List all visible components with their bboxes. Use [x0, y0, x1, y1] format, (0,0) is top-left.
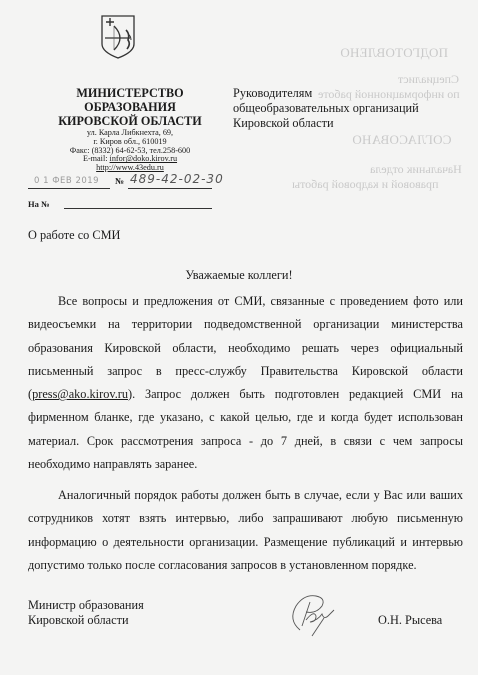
- date-stamp: 0 1 ФЕВ 2019: [34, 176, 99, 186]
- letter-subject: О работе со СМИ: [28, 228, 120, 243]
- bleed-through-text: СОГЛАСОВАНО: [352, 132, 452, 148]
- addressee-line: общеобразовательных организаций: [233, 101, 419, 116]
- paragraph-text: Все вопросы и предложения от СМИ, связан…: [28, 294, 463, 401]
- email-label: E-mail:: [83, 154, 110, 163]
- bleed-through-text: Специалист: [398, 72, 459, 87]
- ministry-line: МИНИСТЕРСТВО: [50, 86, 210, 100]
- reply-to-label: На №: [28, 199, 50, 209]
- number-label: №: [115, 176, 124, 186]
- kirov-oblast-coat-of-arms-icon: [100, 14, 136, 60]
- ministry-name: МИНИСТЕРСТВО ОБРАЗОВАНИЯ КИРОВСКОЙ ОБЛАС…: [50, 86, 210, 128]
- addressee-line: Руководителям: [233, 86, 419, 101]
- greeting: Уважаемые коллеги!: [0, 268, 478, 283]
- reply-to-underline: [64, 208, 212, 209]
- ministry-email-link[interactable]: infor@doko.kirov.ru: [110, 154, 178, 163]
- signatory-title: Министр образования Кировской области: [28, 598, 144, 628]
- ministry-line: ОБРАЗОВАНИЯ: [50, 100, 210, 114]
- bleed-through-text: ПОДГОТОВЛЕНО: [340, 45, 448, 61]
- signatory-name: О.Н. Рысева: [378, 613, 442, 628]
- paragraph-text: Аналогичный порядок работы должен быть в…: [28, 484, 463, 577]
- signatory-title-line: Министр образования: [28, 598, 144, 613]
- addressee: Руководителям общеобразовательных органи…: [233, 86, 419, 131]
- date-underline: [28, 188, 110, 189]
- number-underline: [128, 188, 212, 189]
- letter-page: ПОДГОТОВЛЕНО Специалист по информационно…: [0, 0, 478, 675]
- body-paragraph-1: Все вопросы и предложения от СМИ, связан…: [28, 290, 463, 476]
- ministry-address: ул. Карла Либкнехта, 69, г. Киров обл., …: [50, 129, 210, 173]
- press-email-link[interactable]: press@ako.kirov.ru: [32, 387, 128, 401]
- handwritten-signature-icon: [286, 590, 338, 638]
- body-paragraph-2: Аналогичный порядок работы должен быть в…: [28, 484, 463, 577]
- ministry-line: КИРОВСКОЙ ОБЛАСТИ: [50, 114, 210, 128]
- bleed-through-text: Начальник отдела: [370, 162, 462, 177]
- bleed-through-text: правовой и кадровой работы: [292, 177, 438, 192]
- registration-number: 489-42-02-30: [130, 172, 224, 186]
- signatory-title-line: Кировской области: [28, 613, 144, 628]
- addressee-line: Кировской области: [233, 116, 419, 131]
